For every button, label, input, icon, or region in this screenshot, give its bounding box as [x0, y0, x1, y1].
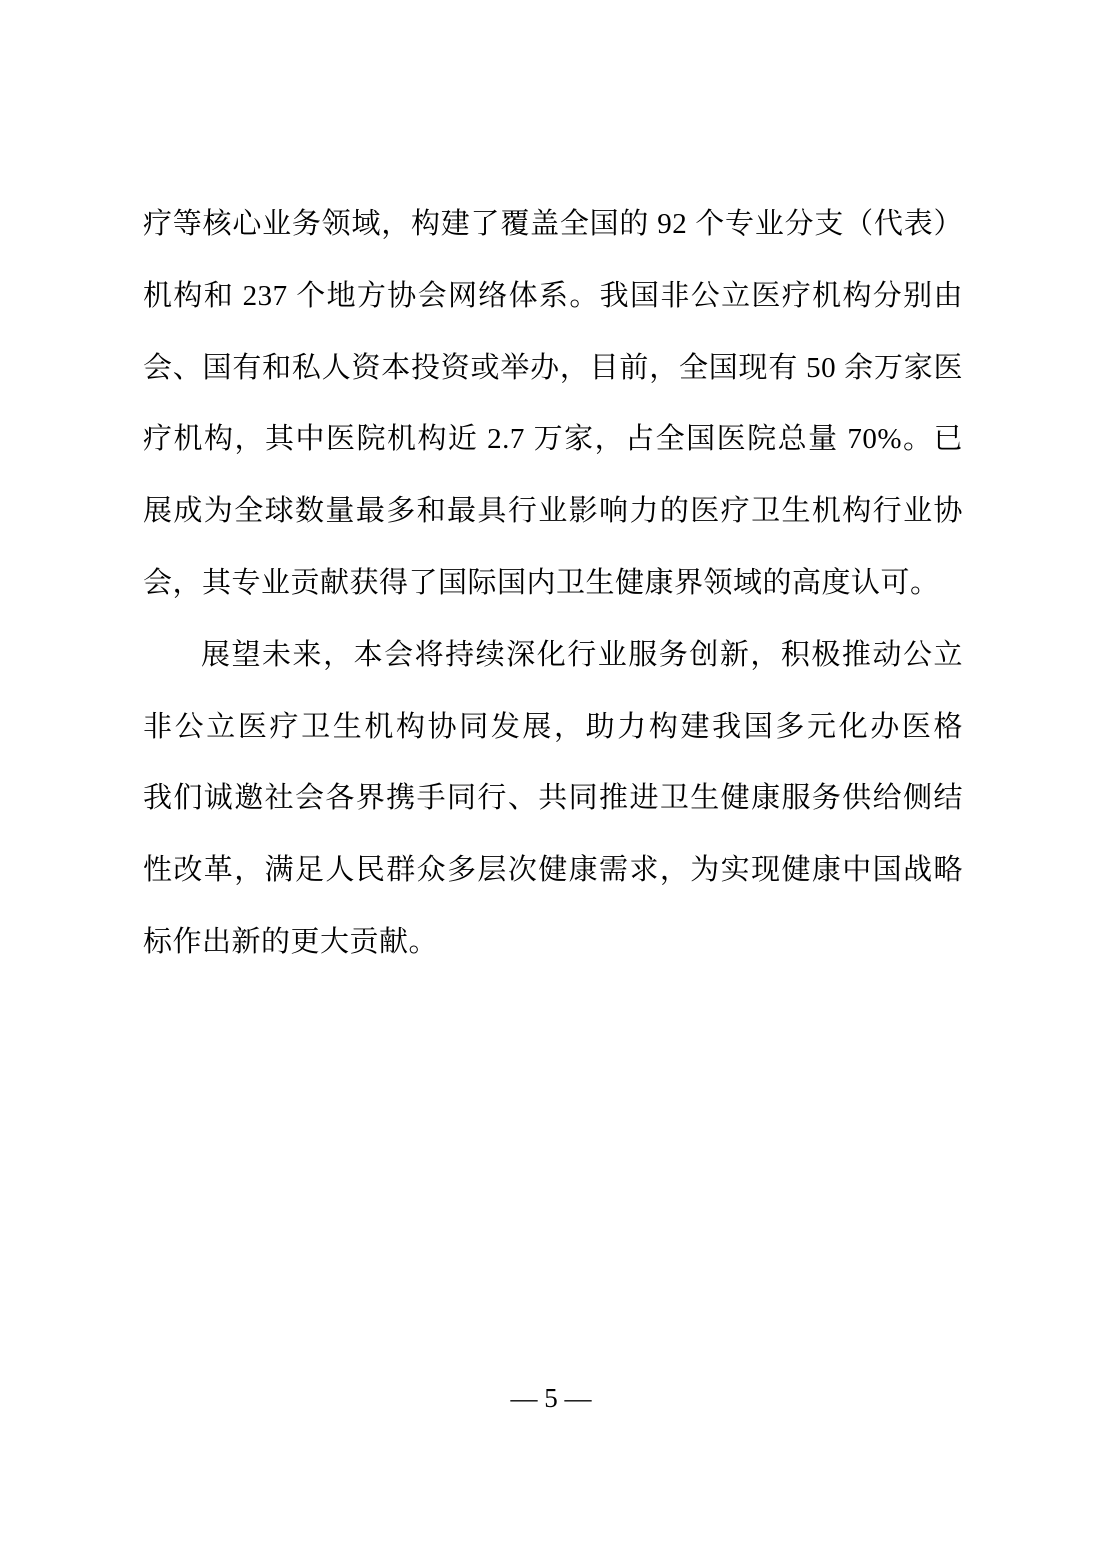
paragraph-2: 展望未来，本会将持续深化行业服务创新，积极推动公立与 非公立医疗卫生机构协同发展…: [143, 620, 963, 979]
text-line: 疗机构，其中医院机构近 2.7 万家，占全国医院总量 70%。已发: [143, 404, 963, 476]
body-text: 疗等核心业务领域，构建了覆盖全国的 92 个专业分支（代表） 机构和 237 个…: [143, 189, 963, 979]
text-line: 非公立医疗卫生机构协同发展，助力构建我国多元化办医格局。: [143, 692, 963, 764]
document-page: 疗等核心业务领域，构建了覆盖全国的 92 个专业分支（代表） 机构和 237 个…: [0, 0, 1102, 1557]
text-line: 展望未来，本会将持续深化行业服务创新，积极推动公立与: [143, 620, 963, 692]
text-line: 机构和 237 个地方协会网络体系。我国非公立医疗机构分别由社: [143, 261, 963, 333]
text-line: 展成为全球数量最多和最具行业影响力的医疗卫生机构行业协: [143, 476, 963, 548]
text-line: 会，其专业贡献获得了国际国内卫生健康界领域的高度认可。: [143, 548, 963, 620]
paragraph-1: 疗等核心业务领域，构建了覆盖全国的 92 个专业分支（代表） 机构和 237 个…: [143, 189, 963, 620]
text-line: 我们诚邀社会各界携手同行、共同推进卫生健康服务供给侧结构: [143, 763, 963, 835]
text-line: 疗等核心业务领域，构建了覆盖全国的 92 个专业分支（代表）: [143, 189, 963, 261]
text-line: 性改革，满足人民群众多层次健康需求，为实现健康中国战略目: [143, 835, 963, 907]
text-line: 标作出新的更大贡献。: [143, 907, 963, 979]
page-number: — 5 —: [0, 1378, 1102, 1418]
text-line: 会、国有和私人资本投资或举办，目前，全国现有 50 余万家医: [143, 333, 963, 405]
